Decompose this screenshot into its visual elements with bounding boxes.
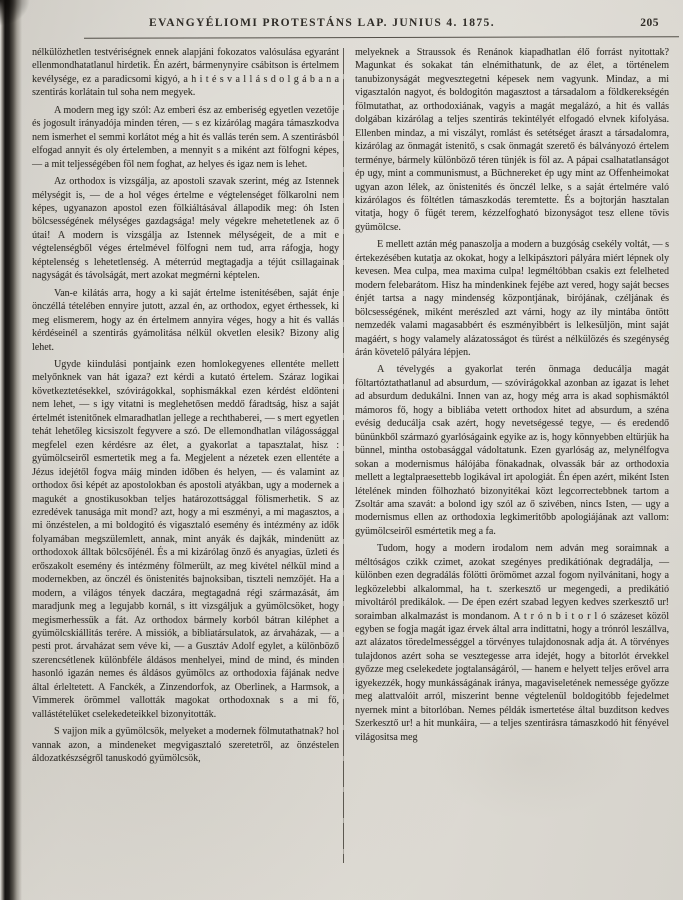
- right-column: melyeknek a Straussok és Renánok kiapadh…: [355, 46, 669, 900]
- page-number: 205: [640, 17, 659, 29]
- paragraph: melyeknek a Straussok és Renánok kiapadh…: [355, 46, 669, 234]
- paragraph: A modern meg igy szól: Az emberi ész az …: [32, 104, 339, 171]
- scan-gutter-shadow: [0, 0, 22, 900]
- page-header: EVANGYÉLIOMI PROTESTÁNS LAP. JUNIUS 4. 1…: [22, 0, 683, 40]
- article-body: nélkülözhetlen testvériségnek ennek alap…: [32, 46, 669, 900]
- left-column: nélkülözhetlen testvériségnek ennek alap…: [32, 46, 339, 900]
- paragraph: A tévelygés a gyakorlat terén önmaga ded…: [355, 363, 669, 538]
- paragraph: E mellett aztán még panaszolja a modern …: [355, 238, 669, 359]
- scan-corner-shadow: [0, 0, 30, 26]
- journal-title: EVANGYÉLIOMI PROTESTÁNS LAP. JUNIUS 4. 1…: [22, 17, 622, 29]
- paragraph: Tudom, hogy a modern irodalom nem adván …: [355, 542, 669, 744]
- paragraph: Az orthodox is vizsgálja, az apostoli sz…: [32, 175, 339, 283]
- scanned-newspaper-page: { "header": { "title": "EVANGYÉLIOMI PRO…: [0, 0, 683, 900]
- paragraph: Van-e kilátás arra, hogy a ki saját érte…: [32, 287, 339, 354]
- paragraph: Ugyde kiindulási pontjaink ezen homlokeg…: [32, 358, 339, 721]
- paragraph: nélkülözhetlen testvériségnek ennek alap…: [32, 46, 339, 100]
- paragraph: S vajjon mik a gyümölcsök, melyeket a mo…: [32, 725, 339, 765]
- header-rule: [84, 36, 679, 39]
- column-divider-rule: [343, 48, 344, 863]
